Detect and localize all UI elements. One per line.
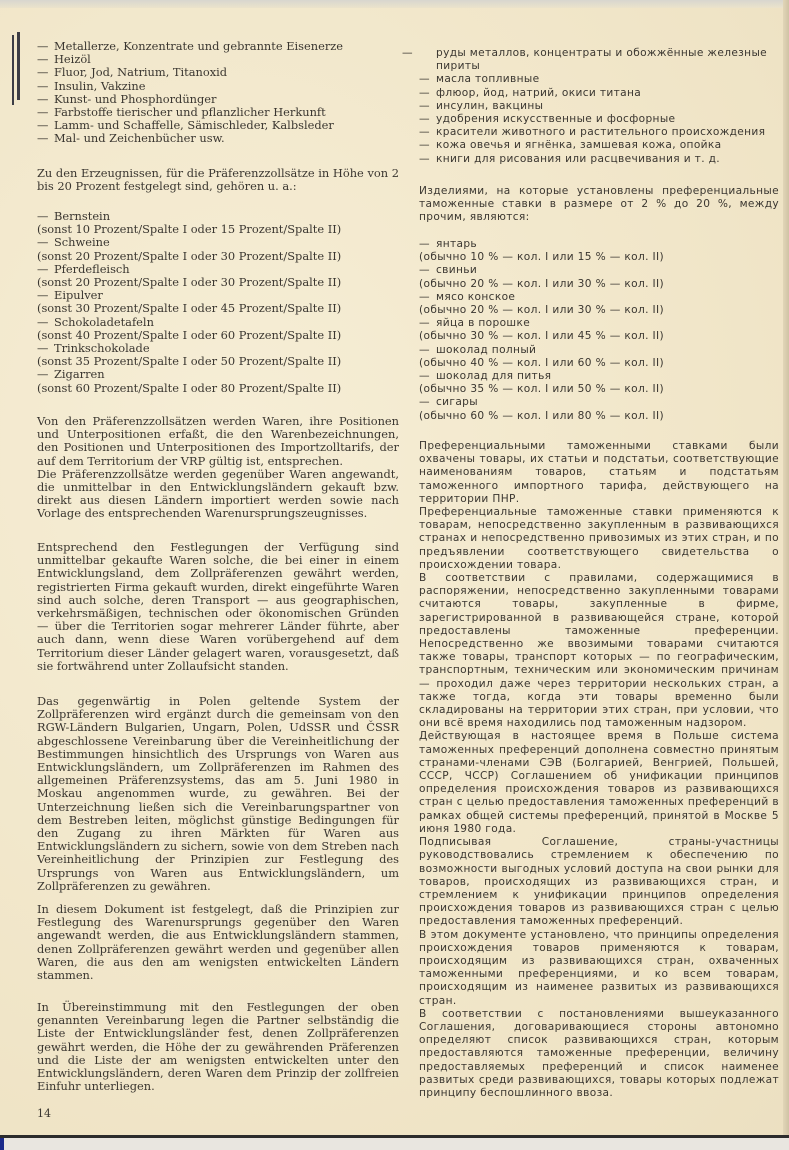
german-list-1: —Metallerze, Konzentrate und gebrannte E… [37, 40, 343, 146]
list-item: —свиньи [419, 264, 779, 277]
german-paragraph: Entsprechend den Festlegungen der Verfüg… [37, 541, 399, 673]
list-item: —кожа овечья и ягнёнка, замшевая кожа, о… [419, 139, 779, 152]
list-item-note: (sonst 60 Prozent/Spalte I oder 80 Proze… [37, 382, 399, 395]
list-item: —флюор, йод, натрий, окиси титана [419, 87, 779, 100]
list-item: —удобрения искусственные и фосфорные [419, 113, 779, 126]
list-item: —книги для рисования или расцвечивания и… [419, 153, 779, 166]
list-item: —сигары [419, 396, 779, 409]
list-item-note: (обычно 20 % — кол. I или 30 % — кол. II… [419, 278, 779, 291]
german-paragraph: Von den Präferenzzollsätzen werden Waren… [37, 415, 399, 468]
russian-paragraph: В соответствии с постановлениями вышеука… [419, 1008, 779, 1100]
list-item: —мясо конское [419, 291, 779, 304]
margin-bar [12, 35, 14, 105]
german-paragraph: In diesem Dokument ist festgelegt, daß d… [37, 903, 399, 982]
russian-list-1: —руды металлов, концентраты и обожжённые… [419, 47, 779, 166]
page-binding-edge [783, 0, 789, 1150]
russian-paragraph: Преференциальными таможенными ставками б… [419, 440, 779, 506]
list-item: —Schweine [37, 236, 399, 249]
list-item: —яйца в порошке [419, 317, 779, 330]
list-item-note: (обычно 10 % — кол. I или 15 % — кол. II… [419, 251, 779, 264]
list-item: —янтарь [419, 238, 779, 251]
german-intro-2: Zu den Erzeugnissen, für die Präferenzzo… [37, 167, 399, 193]
list-item-note: (обычно 40 % — кол. I или 60 % — кол. II… [419, 357, 779, 370]
list-item-note: (обычно 60 % — кол. I или 80 % — кол. II… [419, 410, 779, 423]
list-item: —инсулин, вакцины [419, 100, 779, 113]
list-item: —масла топливные [419, 73, 779, 86]
list-item: —шоколад для питья [419, 370, 779, 383]
list-item: —красители животного и растительного про… [419, 126, 779, 139]
list-item: —Zigarren [37, 368, 399, 381]
russian-paragraph: В этом документе установлено, что принци… [419, 929, 779, 1008]
russian-paragraph: Действующая в настоящее время в Польше с… [419, 730, 779, 836]
russian-paragraph: Преференциальные таможенные ставки приме… [419, 506, 779, 572]
page-number: 14 [37, 1107, 51, 1120]
list-item: —шоколад полный [419, 344, 779, 357]
german-paragraph: In Übereinstimmung mit den Festlegungen … [37, 1001, 399, 1093]
list-item-note: (обычно 20 % — кол. I или 30 % — кол. II… [419, 304, 779, 317]
scan-bottom-edge [0, 1135, 789, 1150]
list-item-note: (обычно 35 % — кол. I или 50 % — кол. II… [419, 383, 779, 396]
list-item: —Schokoladetafeln [37, 316, 399, 329]
list-item: —руды металлов, концентраты и обожжённые… [419, 47, 779, 73]
russian-intro-2: Изделиями, на которые установлены префер… [419, 185, 779, 225]
russian-list-2: —янтарь (обычно 10 % — кол. I или 15 % —… [419, 238, 779, 423]
list-item-note: (обычно 30 % — кол. I или 45 % — кол. II… [419, 330, 779, 343]
german-paragraph: Das gegenwärtig in Polen geltende System… [37, 695, 399, 893]
russian-paragraph: Подписывая Соглашение, страны-участницы … [419, 836, 779, 928]
list-item: —Mal- und Zeichenbücher usw. [37, 132, 343, 145]
margin-bar [17, 32, 20, 100]
russian-paragraph: В соответствии с правилами, содержащимис… [419, 572, 779, 730]
german-paragraph: Die Präferenzzollsätze werden gegenüber … [37, 468, 399, 521]
german-list-2: —Bernstein (sonst 10 Prozent/Spalte I od… [37, 210, 399, 395]
scan-top-edge [0, 0, 789, 8]
